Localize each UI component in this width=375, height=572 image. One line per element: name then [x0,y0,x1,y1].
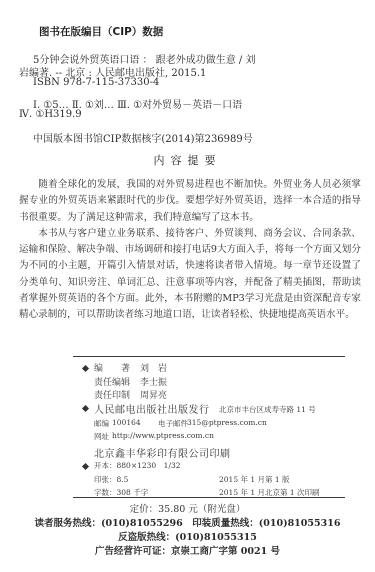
author-name: 刘 岩 [140,361,167,374]
cip-classification-2: Ⅳ. ①H319.9 [19,109,82,120]
email-label: 电子邮件 [158,418,188,429]
publisher-address: 北京市丰台区成寿寺路 11 号 [219,404,316,415]
edition: 2015 年 1 月第 1 版 [219,474,290,485]
cip-title: 图书在版编目（CIP）数据 [39,24,163,39]
reader-service-hotline: 读者服务热线：(010)81055296 印装质量热线：(010)8105531… [0,515,375,529]
book-format: 开本：880×1230 1/32 [94,460,181,471]
imprint-bottom-rule [73,497,345,498]
website-label: 网址 [94,431,109,442]
postcode: 100164 [112,418,141,427]
imprint-top-rule [73,356,345,357]
summary-paragraph-1: 随着全球化的发展，我国的对外贸易进程也不断加快。外贸业务人员必须掌握专业的外贸英… [19,177,361,226]
email-address: 315@ptpress.com.cn [187,418,267,427]
print-supervisor-label: 责任印制 [94,388,130,401]
editor-name: 李士振 [140,375,167,388]
website-url: http://www.ptpress.com.cn [112,431,214,440]
summary-paragraph-2: 本书从与客户建立业务联系、接待客户、外贸谈判、商务会议、合同条款、运输和保险、解… [19,226,361,324]
print-supervisor-name: 周昇亮 [140,388,167,401]
author-label: 编 著 [94,361,130,374]
bullet-diamond-icon [82,463,89,470]
ad-license: 广告经营许可证：京崇工商广字第 0021 号 [0,543,375,557]
bullet-diamond-icon [82,365,89,372]
summary-body: 随着全球化的发展，我国的对外贸易进程也不断加快。外贸业务人员必须掌握专业的外贸英… [19,177,361,324]
printed-sheets: 印张：8.5 [94,474,128,485]
postcode-label: 邮编 [94,418,109,429]
printer: 北京鑫丰华彩印有限公司印刷 [94,445,231,460]
price: 定价：35.80 元（附光盘） [0,501,375,515]
cip-verification-number: 中国版本图书馆CIP数据核字(2014)第236989号 [33,130,253,145]
cip-isbn: ISBN 978-7-115-37330-4 [33,77,159,88]
summary-title: 内容提要 [0,152,375,168]
editor-label: 责任编辑 [94,375,130,388]
anti-piracy-hotline: 反盗版热线：(010)81055315 [0,529,375,543]
publisher: 人民邮电出版社出版发行 [94,401,210,416]
bullet-diamond-icon [82,405,89,412]
